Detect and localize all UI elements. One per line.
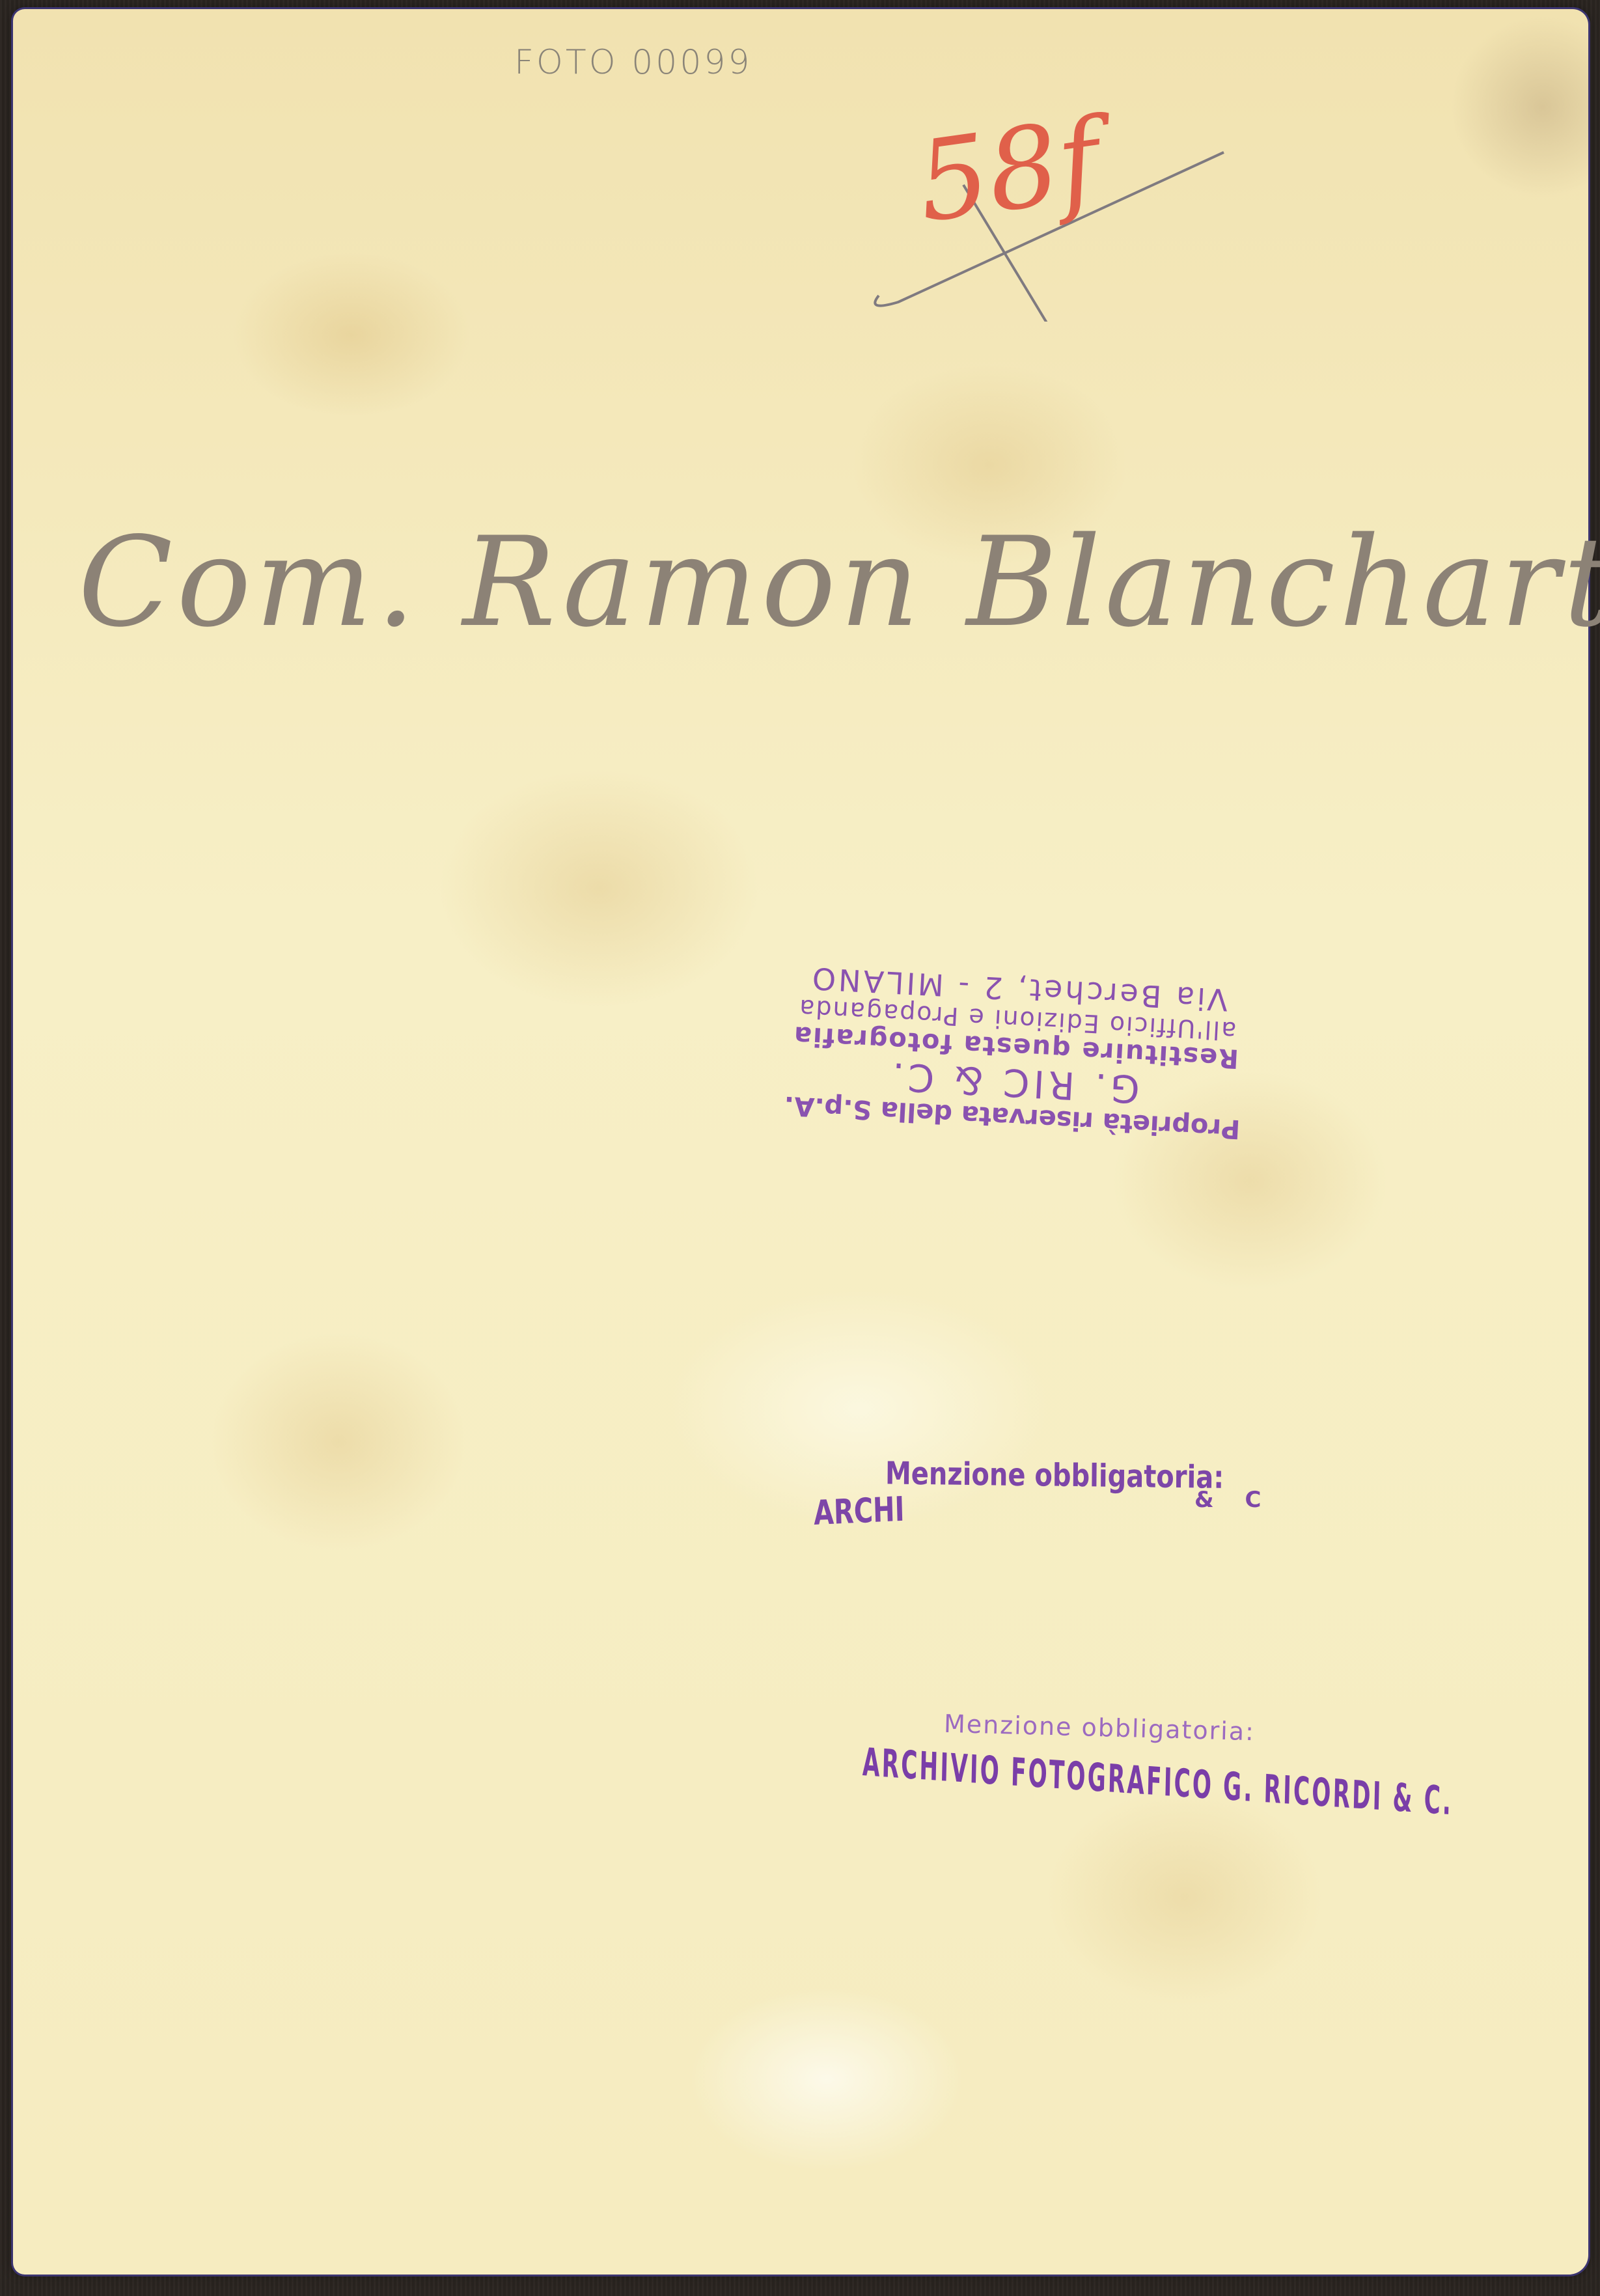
archive-id: FOTO 00099 <box>514 43 752 82</box>
mention-stamp-2-credit: ARCHIVIO FOTOGRAFICO G. RICORDI & C. <box>862 1740 1454 1824</box>
mention-stamp-1-partial-right: & C <box>1194 1487 1273 1513</box>
photo-verso-sheet: FOTO 00099 58f Com. Ramon Blanchart Prop… <box>13 9 1588 2275</box>
mention-stamp-2-heading: Menzione obbligatoria: <box>944 1709 1256 1746</box>
mention-stamp-1-partial-left: ARCHI <box>813 1490 905 1533</box>
red-inventory-mark: 58f <box>910 95 1108 248</box>
ownership-stamp-inverted: Proprietà riservata della S.p.A. G. RIC … <box>732 958 1299 1146</box>
mention-stamp-1-heading: Menzione obbligatoria: <box>885 1456 1224 1496</box>
handwritten-caption: Com. Ramon Blanchart <box>78 510 1600 654</box>
